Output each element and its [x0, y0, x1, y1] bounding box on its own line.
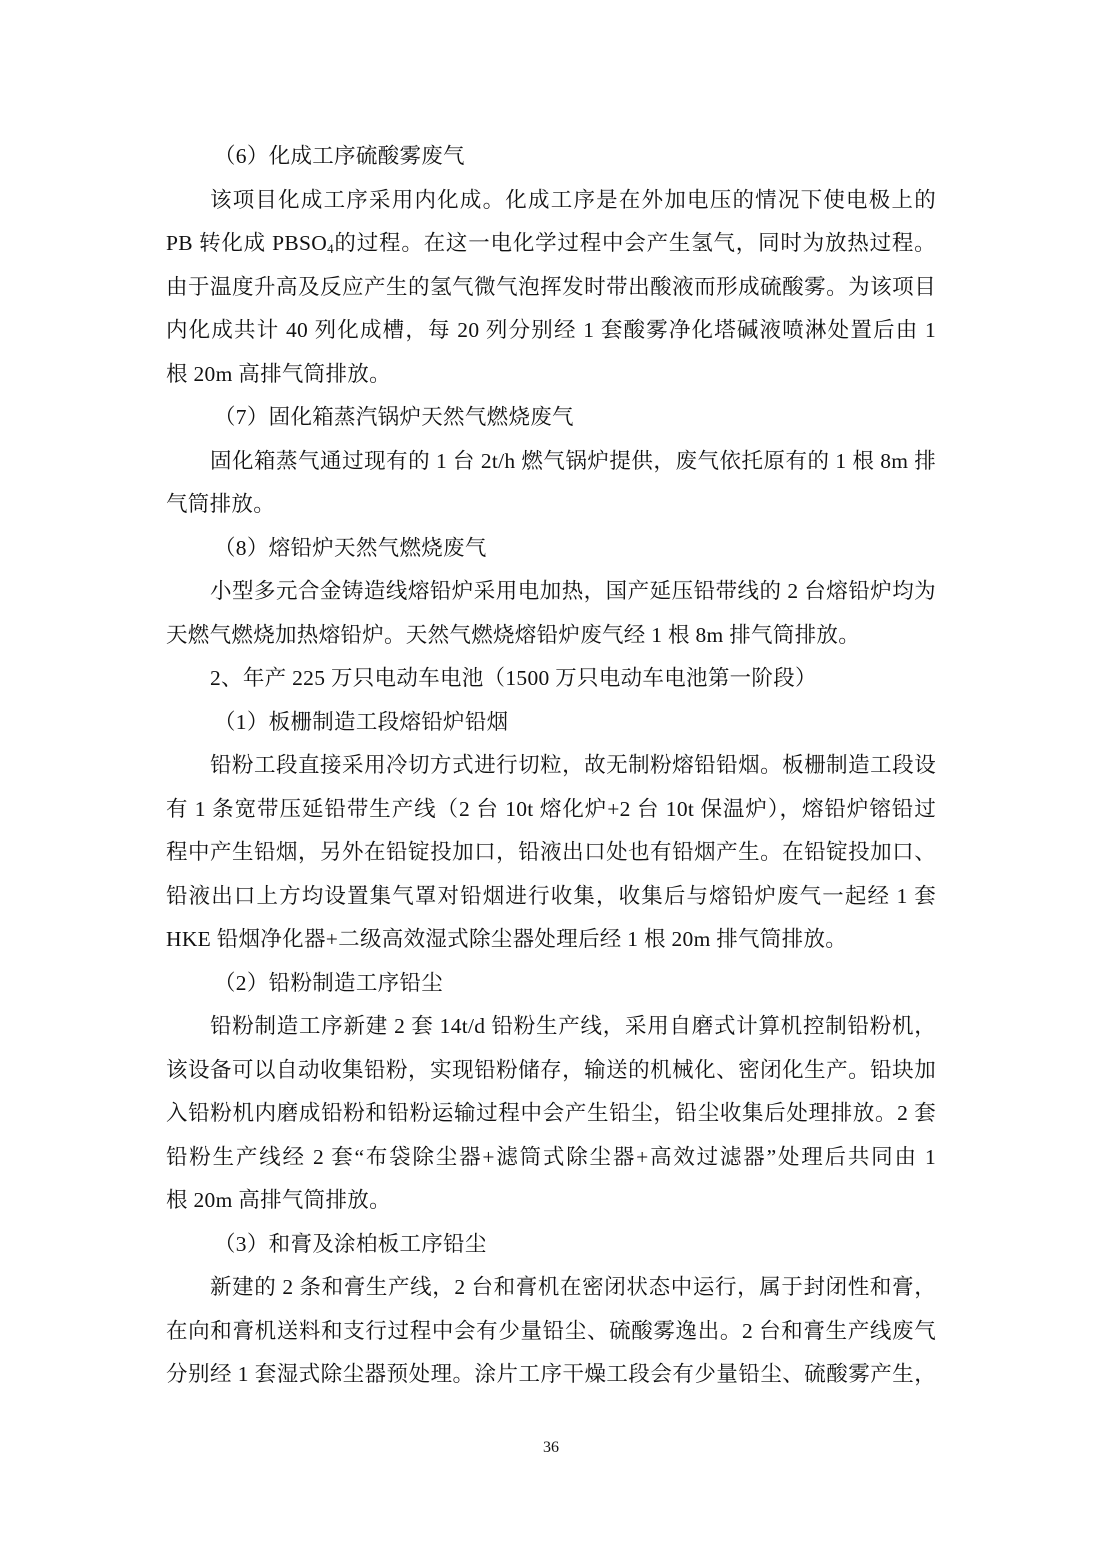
paragraph-line: 分别经 1 套湿式除尘器预处理。涂片工序干燥工段会有少量铅尘、硫酸雾产生，: [166, 1354, 936, 1394]
paragraph-line: 该设备可以自动收集铅粉，实现铅粉储存，输送的机械化、密闭化生产。铅块加: [166, 1050, 936, 1090]
paragraph-line: 铅粉工段直接采用冷切方式进行切粒，故无制粉熔铅铅烟。板栅制造工段设: [210, 745, 936, 785]
paragraph-line: 根 20m 高排气筒排放。: [166, 354, 391, 394]
paragraph-line: 该项目化成工序采用内化成。化成工序是在外加电压的情况下使电极上的: [210, 180, 936, 220]
section-heading-2: 2、年产 225 万只电动车电池（1500 万只电动车电池第一阶段）: [210, 658, 817, 698]
paragraph-line: 由于温度升高及反应产生的氢气微气泡挥发时带出酸液而形成硫酸雾。为该项目: [166, 267, 936, 307]
page-number: 36: [0, 1436, 1102, 1460]
subsection-heading-8: （8）熔铅炉天然气燃烧废气: [214, 528, 487, 568]
paragraph-line: 程中产生铅烟，另外在铅锭投加口，铅液出口处也有铅烟产生。在铅锭投加口、: [166, 832, 936, 872]
paragraph-line: 在向和膏机送料和支行过程中会有少量铅尘、硫酸雾逸出。2 台和膏生产线废气: [166, 1311, 936, 1351]
paragraph-line-with-subscript: PB 转化成 PBSO4的过程。在这一电化学过程中会产生氢气，同时为放热过程。: [166, 223, 936, 263]
paragraph-line: 根 20m 高排气筒排放。: [166, 1180, 391, 1220]
paragraph-line: HKE 铅烟净化器+二级高效湿式除尘器处理后经 1 根 20m 排气筒排放。: [166, 919, 847, 959]
paragraph-line: 铅液出口上方均设置集气罩对铅烟进行收集，收集后与熔铅炉废气一起经 1 套: [166, 876, 936, 916]
subsection-heading-1: （1）板栅制造工段熔铅炉铅烟: [214, 702, 508, 742]
paragraph-line: 铅粉制造工序新建 2 套 14t/d 铅粉生产线，采用自磨式计算机控制铅粉机，: [210, 1006, 936, 1046]
subscript: 4: [327, 241, 334, 256]
subsection-heading-3: （3）和膏及涂柏板工序铅尘: [214, 1224, 487, 1264]
paragraph-line: 固化箱蒸气通过现有的 1 台 2t/h 燃气锅炉提供，废气依托原有的 1 根 8…: [210, 441, 936, 481]
paragraph-line: 内化成共计 40 列化成槽，每 20 列分别经 1 套酸雾净化塔碱液喷淋处置后由…: [166, 310, 936, 350]
formula-text: PB 转化成 PBSO: [166, 231, 327, 255]
subsection-heading-6: （6）化成工序硫酸雾废气: [214, 136, 465, 176]
paragraph-line: 天燃气燃烧加热熔铅炉。天然气燃烧熔铅炉废气经 1 根 8m 排气筒排放。: [166, 615, 860, 655]
paragraph-line: 小型多元合金铸造线熔铅炉采用电加热，国产延压铅带线的 2 台熔铅炉均为: [210, 571, 936, 611]
paragraph-text: 的过程。在这一电化学过程中会产生氢气，同时为放热过程。: [334, 231, 936, 255]
paragraph-line: 气筒排放。: [166, 484, 275, 524]
paragraph-line: 入铅粉机内磨成铅粉和铅粉运输过程中会产生铅尘，铅尘收集后处理排放。2 套: [166, 1093, 936, 1133]
subsection-heading-7: （7）固化箱蒸汽锅炉天然气燃烧废气: [214, 397, 574, 437]
paragraph-line: 新建的 2 条和膏生产线，2 台和膏机在密闭状态中运行，属于封闭性和膏，: [210, 1267, 936, 1307]
paragraph-line: 有 1 条宽带压延铅带生产线（2 台 10t 熔化炉+2 台 10t 保温炉），…: [166, 789, 936, 829]
subsection-heading-2: （2）铅粉制造工序铅尘: [214, 963, 443, 1003]
paragraph-line: 铅粉生产线经 2 套“布袋除尘器+滤筒式除尘器+高效过滤器”处理后共同由 1: [166, 1137, 936, 1177]
